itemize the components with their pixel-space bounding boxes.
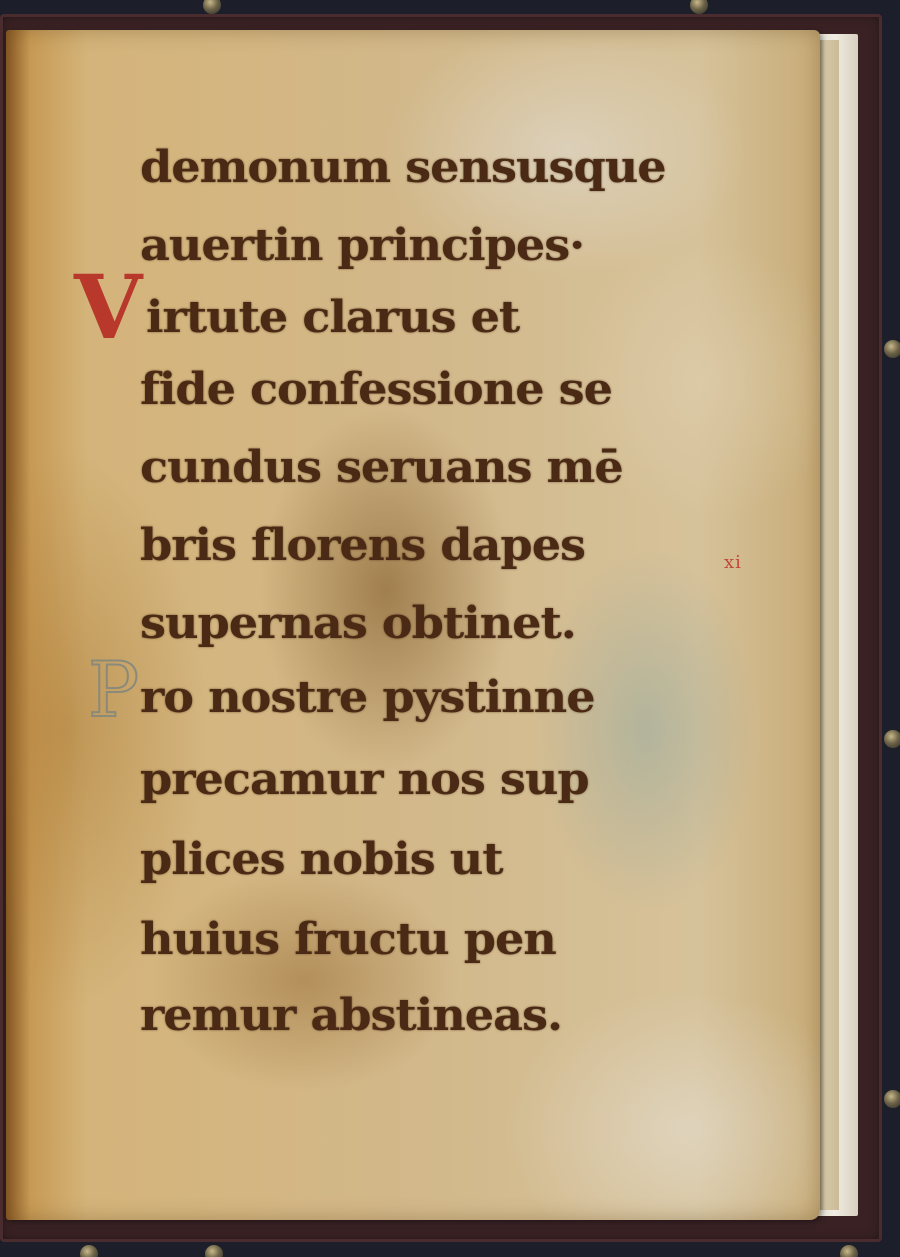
text-line: remur abstineas. (140, 986, 562, 1046)
text-line: ro nostre pystinne (140, 668, 595, 728)
binding-stud (205, 1245, 223, 1257)
manuscript-photograph: V P xi demonum sensusque auertin princip… (0, 0, 900, 1257)
text-line: demonum sensusque (140, 138, 666, 198)
binding-stud (884, 340, 900, 358)
binding-stud (884, 730, 900, 748)
binding-stud (80, 1245, 98, 1257)
folio-number: xi (724, 552, 742, 573)
text-line: bris florens dapes (140, 516, 585, 576)
binding-stud (840, 1245, 858, 1257)
red-initial: V (74, 262, 142, 352)
text-line: precamur nos sup (140, 750, 589, 810)
text-line: plices nobis ut (140, 830, 503, 890)
binding-stud (690, 0, 708, 14)
outlined-initial: P (88, 650, 139, 730)
text-line: auertin principes· (140, 216, 584, 276)
text-line: supernas obtinet. (140, 594, 576, 654)
text-line: fide confessione se (140, 360, 612, 420)
text-line: cundus seruans mē (140, 438, 623, 498)
binding-stud (884, 1090, 900, 1108)
binding-stud (203, 0, 221, 14)
text-line: huius fructu pen (140, 910, 556, 970)
text-line: irtute clarus et (146, 288, 519, 348)
parchment-page: V P xi demonum sensusque auertin princip… (6, 30, 820, 1220)
